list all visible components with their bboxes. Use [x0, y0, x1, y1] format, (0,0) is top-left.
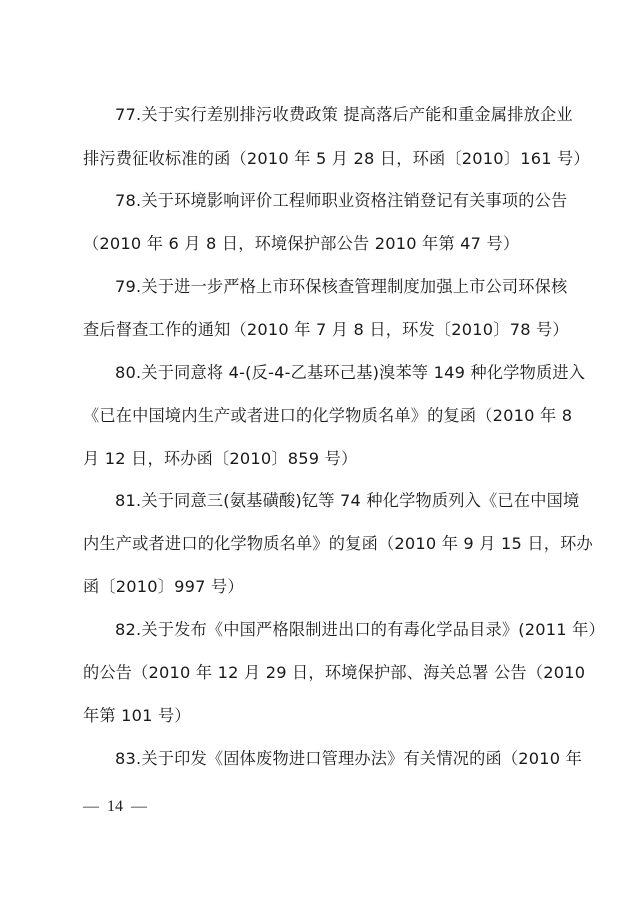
- item-79-line-2: 查后督查工作的通知（2010 年 7 月 8 日，环发〔2010〕78 号）: [83, 318, 558, 342]
- item-80-line-3: 月 12 日，环办函〔2010〕859 号）: [83, 447, 558, 471]
- item-79-line-1: 79.关于进一步严格上市环保核查管理制度加强上市公司环保核: [115, 275, 558, 299]
- item-83-line-1: 83.关于印发《固体废物进口管理办法》有关情况的函（2010 年: [115, 747, 558, 771]
- item-78-line-2: （2010 年 6 月 8 日，环境保护部公告 2010 年第 47 号）: [83, 232, 558, 256]
- item-80-line-1: 80.关于同意将 4-(反-4-乙基环己基)溴苯等 149 种化学物质进入: [115, 361, 558, 385]
- item-78-line-1: 78.关于环境影响评价工程师职业资格注销登记有关事项的公告: [115, 189, 558, 213]
- item-82-line-2: 的公告（2010 年 12 月 29 日，环境保护部、海关总署 公告（2010: [83, 661, 558, 685]
- item-82-line-3: 年第 101 号）: [83, 704, 558, 728]
- item-81-line-3: 函〔2010〕997 号）: [83, 575, 558, 599]
- item-81-line-2: 内生产或者进口的化学物质名单》的复函（2010 年 9 月 15 日，环办: [83, 532, 558, 556]
- item-80-line-2: 《已在中国境内生产或者进口的化学物质名单》的复函（2010 年 8: [83, 404, 558, 428]
- item-77-line-2: 排污费征收标准的函（2010 年 5 月 28 日，环函〔2010〕161 号）: [83, 147, 558, 171]
- page-number: — 14 —: [83, 796, 147, 818]
- item-82-line-1: 82.关于发布《中国严格限制进出口的有毒化学品目录》(2011 年）: [115, 618, 558, 642]
- item-81-line-1: 81.关于同意三(氨基磺酸)钇等 74 种化学物质列入《已在中国境: [115, 489, 558, 513]
- document-page: 77.关于实行差别排污收费政策 提高落后产能和重金属排放企业 排污费征收标准的函…: [0, 0, 640, 905]
- item-77-line-1: 77.关于实行差别排污收费政策 提高落后产能和重金属排放企业: [115, 103, 558, 127]
